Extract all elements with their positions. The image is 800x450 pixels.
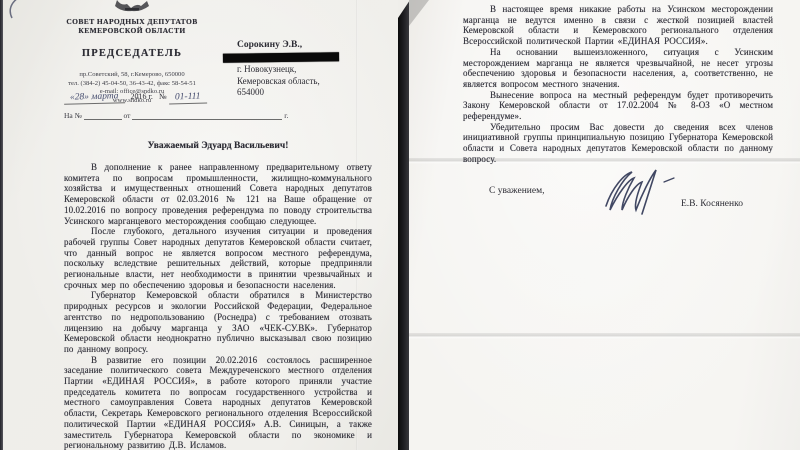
paper-crease-horizontal (409, 333, 800, 339)
signer-name: Е.В. Косяненко (681, 199, 743, 209)
recipient-postcode: 654000 (237, 87, 367, 98)
closing-phrase: С уважением, (489, 186, 544, 196)
printed-year: 2016 г. (131, 92, 153, 101)
salutation: Уважаемый Эдуард Васильевич! (64, 141, 372, 151)
paragraph: После глубокого, детального изучения сит… (64, 226, 372, 290)
ref-middle: от (124, 111, 131, 120)
scan-edge-left (0, 0, 3, 450)
paragraph: Убедительно просим Вас довести до сведен… (463, 122, 773, 165)
pen-stroke-mark (2, 0, 28, 22)
letter-body-page-2: В настоящее время никакие работы на Усин… (463, 4, 773, 165)
paragraph: Губернатор Кемеровской области обратился… (64, 290, 372, 354)
recipient-city: г. Новокузнецк, (237, 64, 367, 75)
paragraph: На основании вышеизложенного, ситуация с… (463, 47, 773, 90)
handwritten-number: 01-111 (168, 92, 206, 105)
paper-crease-vertical (356, 0, 358, 450)
redaction-bar (223, 52, 339, 63)
org-phone-fax: тел. (384-2) 45-04-50, 36-43-42, факс 58… (34, 80, 230, 89)
ref-prefix: На № (64, 111, 82, 120)
page-gap-shadow (398, 0, 409, 450)
paragraph: В дополнение к ранее направленному предв… (64, 162, 372, 226)
ref-suffix: г. (284, 111, 288, 120)
ref-blank-date (132, 112, 282, 120)
letter-page-1: СОВЕТ НАРОДНЫХ ДЕПУТАТОВ КЕМЕРОВСКОЙ ОБЛ… (0, 0, 398, 450)
fold-shadow (409, 0, 429, 26)
post-title: ПРЕДСЕДАТЕЛЬ (34, 48, 230, 59)
org-address: пр.Советский, 58, г.Кемерово, 650000 (34, 71, 230, 80)
scanned-letter-two-pages: СОВЕТ НАРОДНЫХ ДЕПУТАТОВ КЕМЕРОВСКОЙ ОБЛ… (0, 0, 800, 450)
letter-page-2: В настоящее время никакие работы на Усин… (409, 0, 800, 450)
ref-blank-number (84, 112, 122, 120)
signature-handwriting (592, 160, 692, 218)
coat-of-arms-emblem (111, 0, 153, 13)
recipient-block: Сорокину Э.В., г. Новокузнецк, Кемеровск… (237, 40, 367, 98)
handwritten-date: «28» марта (64, 91, 125, 105)
recipient-name: Сорокину Э.В., (237, 40, 367, 51)
paragraph: В настоящее время никакие работы на Усин… (463, 4, 773, 47)
number-sign: № (159, 92, 167, 101)
paragraph: Вынесение вопроса на местный референдум … (463, 90, 773, 122)
letter-body-page-1: В дополнение к ранее направленному предв… (64, 162, 372, 450)
org-name-line2: КЕМЕРОВСКОЙ ОБЛАСТИ (34, 27, 230, 36)
date-number-line: «28» марта 2016 г. № 01-111 (64, 92, 206, 104)
paragraph: В развитие его позиции 20.02.2016 состоя… (64, 355, 372, 450)
letterhead: СОВЕТ НАРОДНЫХ ДЕПУТАТОВ КЕМЕРОВСКОЙ ОБЛ… (34, 0, 230, 105)
reference-line: На № от г. (64, 111, 288, 120)
recipient-region: Кемеровская область, (237, 76, 367, 87)
